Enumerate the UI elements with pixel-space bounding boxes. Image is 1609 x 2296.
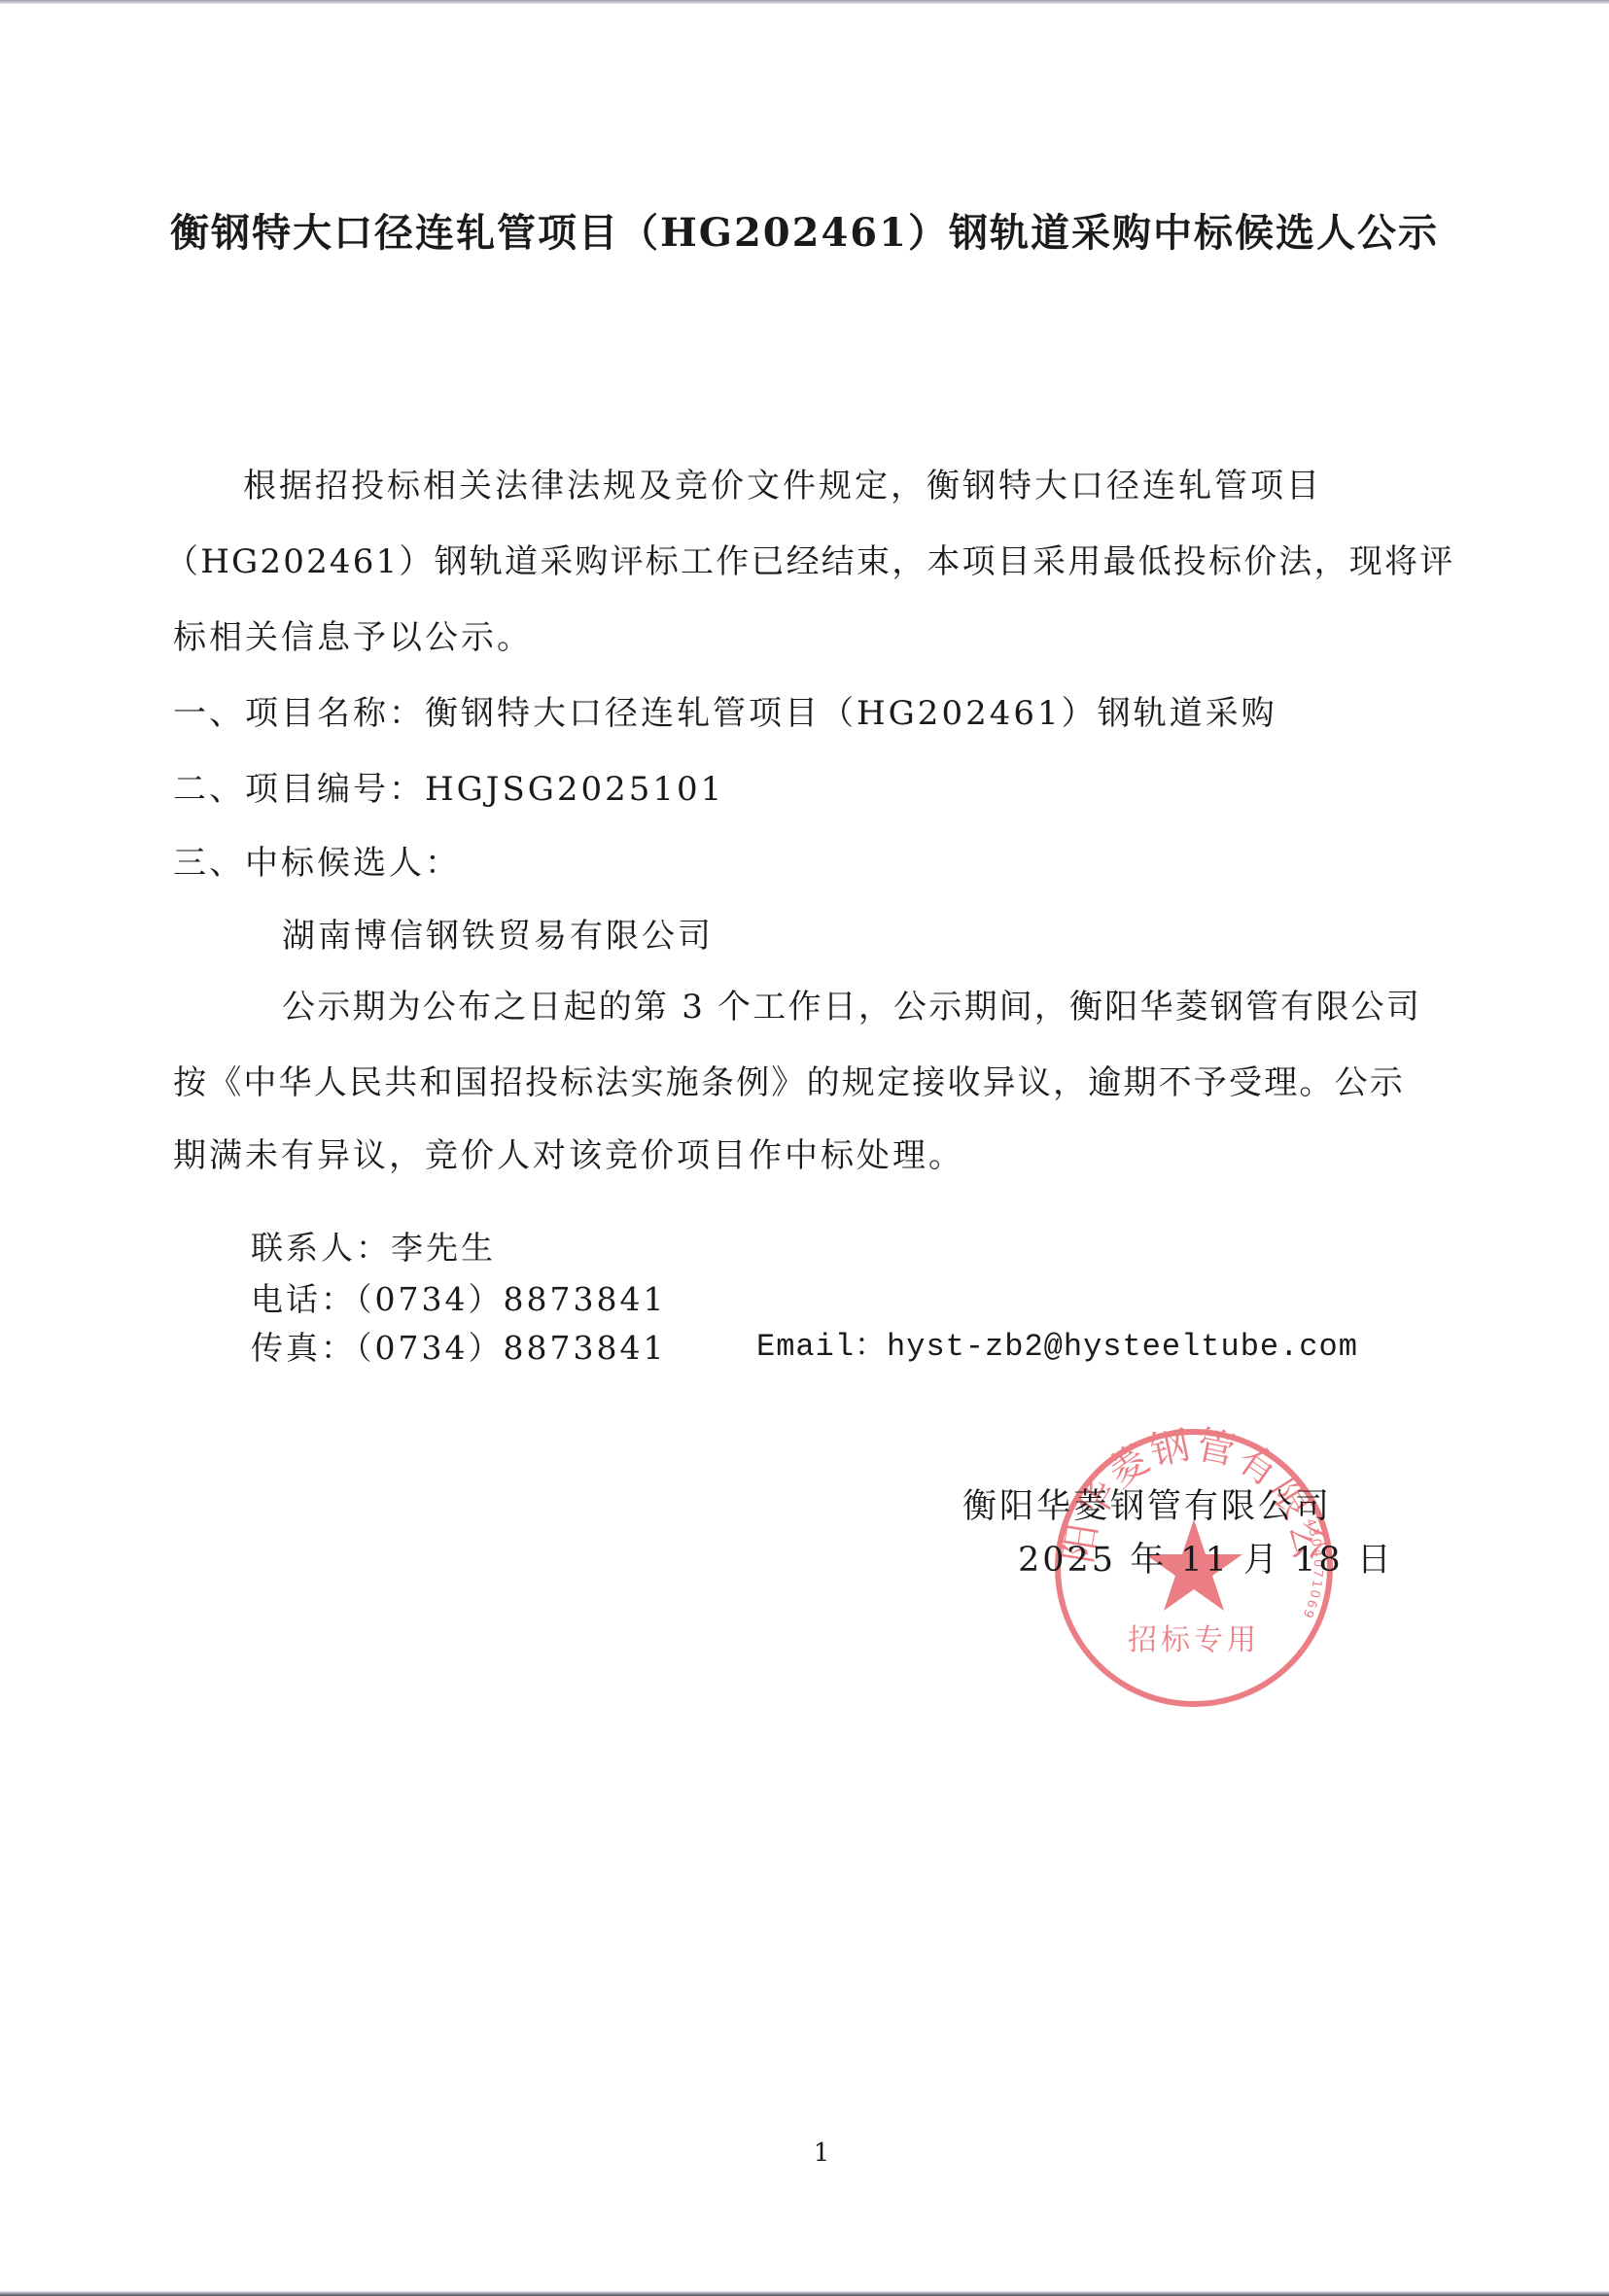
item-project-name: 一、项目名称：衡钢特大口径连轧管项目（HG202461）钢轨道采购 — [173, 686, 1277, 734]
contact-person: 联系人：李先生 — [251, 1223, 496, 1269]
notice-line-1: 公示期为公布之日起的第 3 个工作日，公示期间，衡阳华菱钢管有限公司 — [282, 980, 1421, 1027]
intro-line-1: 根据招投标相关法律法规及竞价文件规定，衡钢特大口径连轧管项目 — [243, 459, 1322, 506]
contact-fax-label: 传真： — [251, 1329, 356, 1367]
item-candidate-heading: 三、中标候选人： — [173, 836, 461, 884]
intro-line-2: （HG202461）钢轨道采购评标工作已经结束，本项目采用最低投标价法，现将评 — [165, 535, 1454, 582]
contact-person-value: 李先生 — [391, 1229, 496, 1267]
contact-person-label: 联系人： — [251, 1229, 391, 1267]
page-title: 衡钢特大口径连轧管项目（HG202461）钢轨道采购中标候选人公示 — [0, 202, 1609, 258]
contact-email: Email：hyst-zb2@hysteeltube.com — [756, 1320, 1358, 1365]
intro-line-3: 标相关信息予以公示。 — [173, 610, 533, 658]
signature-company: 衡阳华菱钢管有限公司 — [962, 1479, 1332, 1528]
candidate-name: 湖南博信钢铁贸易有限公司 — [282, 909, 714, 957]
item-candidate-label: 三、中标候选人： — [173, 844, 461, 883]
contact-email-value[interactable]: hyst-zb2@hysteeltube.com — [887, 1329, 1358, 1365]
contact-phone: 电话：（0734）8873841 — [251, 1274, 666, 1320]
item-project-number-label: 二、项目编号： — [173, 770, 425, 809]
page-number: 1 — [0, 2139, 1609, 2168]
contact-email-label: Email： — [756, 1329, 887, 1365]
item-project-number: 二、项目编号：HGJSG2025101 — [173, 762, 724, 810]
contact-phone-value: （0734）8873841 — [356, 1280, 666, 1318]
scan-edge-top — [0, 0, 1609, 4]
notice-line-2: 按《中华人民共和国招投标法实施条例》的规定接收异议，逾期不予受理。公示 — [173, 1056, 1405, 1103]
contact-phone-label: 电话： — [251, 1280, 356, 1318]
item-project-number-value: HGJSG2025101 — [425, 770, 724, 809]
contact-fax: 传真：（0734）8873841 — [251, 1323, 666, 1369]
seal-bottom-text: 招标专用 — [1128, 1623, 1260, 1657]
notice-line-3: 期满未有异议，竞价人对该竞价项目作中标处理。 — [173, 1129, 964, 1176]
item-project-name-value: 衡钢特大口径连轧管项目（HG202461）钢轨道采购 — [425, 694, 1277, 733]
contact-fax-value: （0734）8873841 — [356, 1329, 666, 1367]
item-project-name-label: 一、项目名称： — [173, 694, 425, 733]
signature-date: 2025 年 11 月 18 日 — [1018, 1533, 1394, 1582]
scan-edge-bottom — [0, 2291, 1609, 2296]
